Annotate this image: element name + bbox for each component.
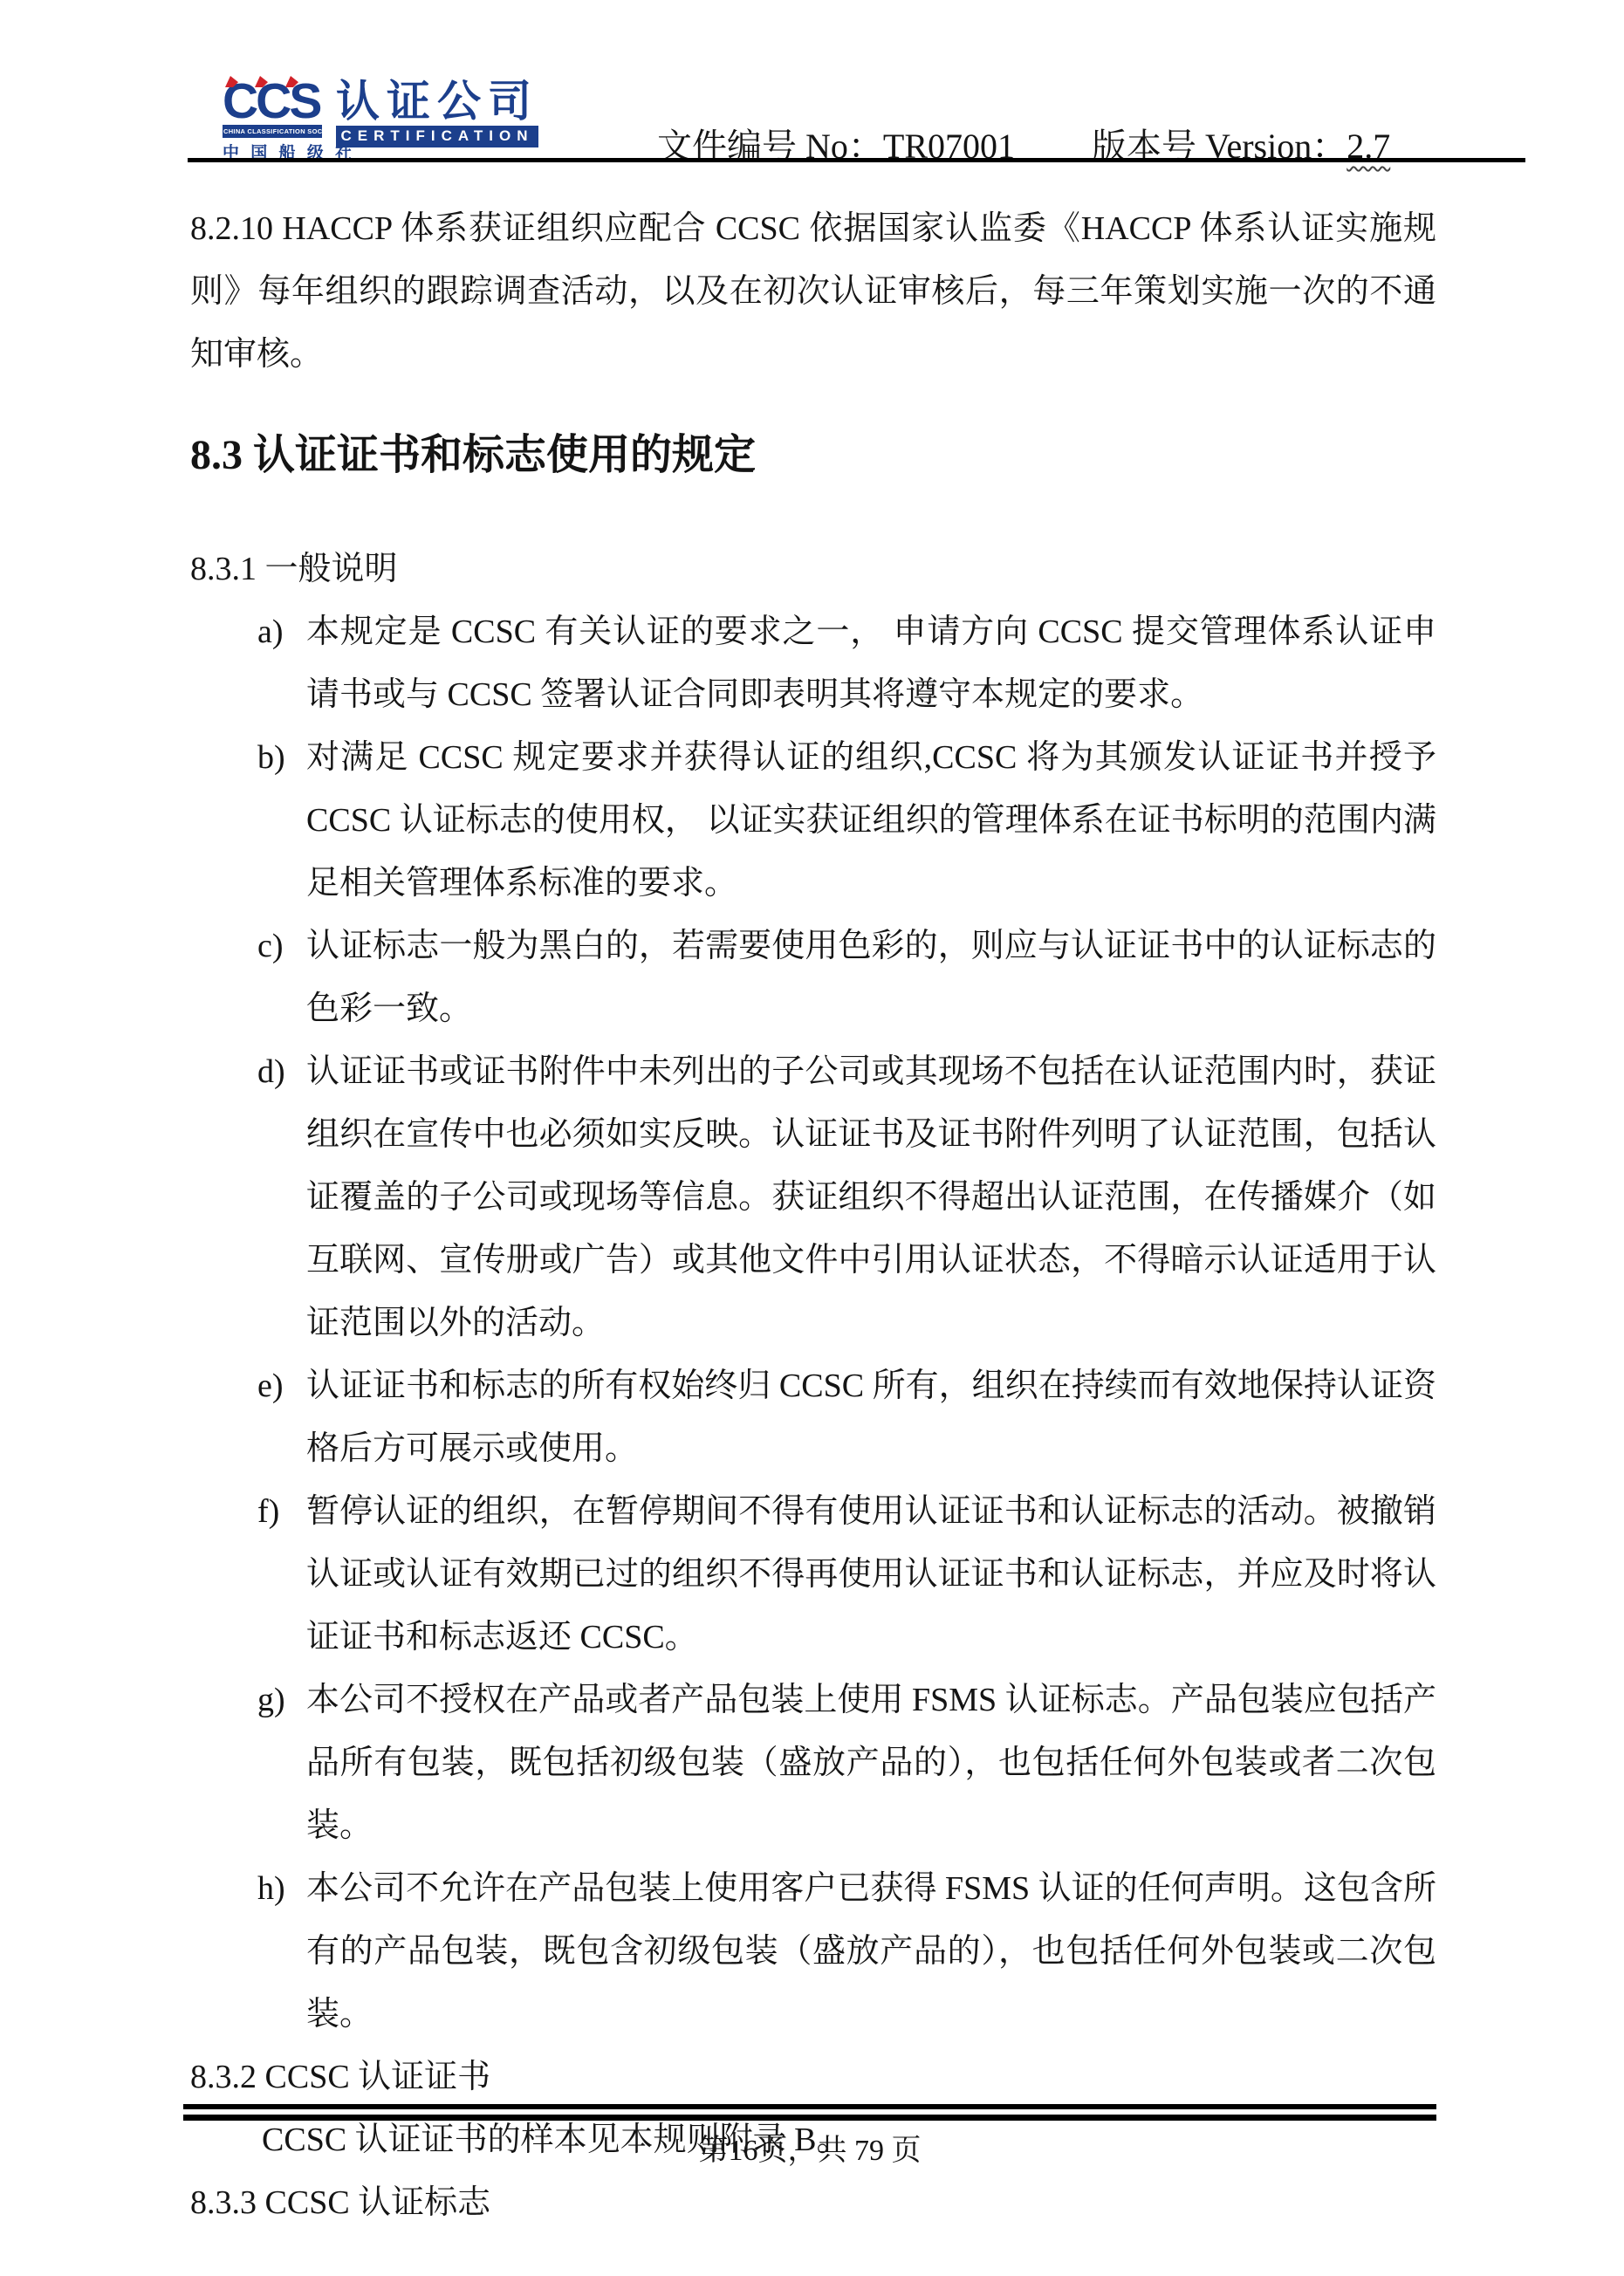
document-body: 8.2.10 HACCP 体系获证组织应配合 CCSC 依据国家认监委《HACC…	[190, 197, 1436, 2234]
list-item-text: 对满足 CCSC 规定要求并获得认证的组织,CCSC 将为其颁发认证证书并授予 …	[306, 726, 1436, 915]
list-item: f) 暂停认证的组织，在暂停期间不得有使用认证证书和认证标志的活动。被撤销认证或…	[257, 1480, 1436, 1669]
page-number: 第16页，共 79 页	[183, 2127, 1436, 2176]
list-item-text: 认证证书或证书附件中未列出的子公司或其现场不包括在认证范围内时，获证组织在宣传中…	[306, 1040, 1436, 1354]
clause-list: a) 本规定是 CCSC 有关认证的要求之一， 申请方向 CCSC 提交管理体系…	[257, 600, 1436, 2046]
footer-divider-top	[183, 2104, 1436, 2109]
list-item-marker: d)	[257, 1040, 306, 1354]
list-item: b) 对满足 CCSC 规定要求并获得认证的组织,CCSC 将为其颁发认证证书并…	[257, 726, 1436, 915]
ccs-wordmark: CCS	[223, 82, 322, 120]
list-item-marker: f)	[257, 1480, 306, 1669]
footer-divider-bottom	[183, 2115, 1436, 2121]
list-item-text: 认证标志一般为黑白的，若需要使用色彩的，则应与认证证书中的认证标志的色彩一致。	[306, 915, 1436, 1040]
list-item-text: 暂停认证的组织，在暂停期间不得有使用认证证书和认证标志的活动。被撤销认证或认证有…	[306, 1480, 1436, 1669]
header-divider	[188, 158, 1525, 162]
list-item-marker: c)	[257, 915, 306, 1040]
list-item: h) 本公司不允许在产品包装上使用客户已获得 FSMS 认证的任何声明。这包含所…	[257, 1857, 1436, 2046]
ccs-logo-left: CCS CHINA CLASSIFICATION SOCIETY 中 国 船 级…	[223, 82, 322, 163]
list-item-marker: b)	[257, 726, 306, 915]
paragraph-8-2-10: 8.2.10 HACCP 体系获证组织应配合 CCSC 依据国家认监委《HACC…	[190, 197, 1436, 386]
document-page: CCS CHINA CLASSIFICATION SOCIETY 中 国 船 级…	[0, 0, 1624, 2276]
list-item-marker: e)	[257, 1354, 306, 1480]
list-item-text: 本公司不允许在产品包装上使用客户已获得 FSMS 认证的任何声明。这包含所有的产…	[306, 1857, 1436, 2046]
company-name-cn: 认证公司	[336, 82, 538, 120]
subsection-heading-8-3-1: 8.3.1 一般说明	[190, 538, 1436, 600]
subsection-heading-8-3-2: 8.3.2 CCSC 认证证书	[190, 2046, 1436, 2108]
list-item: e) 认证证书和标志的所有权始终归 CCSC 所有，组织在持续而有效地保持认证资…	[257, 1354, 1436, 1480]
list-item-text: 本规定是 CCSC 有关认证的要求之一， 申请方向 CCSC 提交管理体系认证申…	[306, 600, 1436, 726]
list-item-marker: g)	[257, 1669, 306, 1857]
list-item-text: 认证证书和标志的所有权始终归 CCSC 所有，组织在持续而有效地保持认证资格后方…	[306, 1354, 1436, 1480]
list-item-marker: h)	[257, 1857, 306, 2046]
ccs-logo: CCS CHINA CLASSIFICATION SOCIETY 中 国 船 级…	[223, 82, 538, 163]
list-item-marker: a)	[257, 600, 306, 726]
subsection-heading-8-3-3: 8.3.3 CCSC 认证标志	[190, 2171, 1436, 2234]
list-item: g) 本公司不授权在产品或者产品包装上使用 FSMS 认证标志。产品包装应包括产…	[257, 1669, 1436, 1857]
list-item-text: 本公司不授权在产品或者产品包装上使用 FSMS 认证标志。产品包装应包括产品所有…	[306, 1669, 1436, 1857]
certification-banner: CERTIFICATION	[336, 126, 538, 147]
list-item: d) 认证证书或证书附件中未列出的子公司或其现场不包括在认证范围内时，获证组织在…	[257, 1040, 1436, 1354]
list-item: a) 本规定是 CCSC 有关认证的要求之一， 申请方向 CCSC 提交管理体系…	[257, 600, 1436, 726]
list-item: c) 认证标志一般为黑白的，若需要使用色彩的，则应与认证证书中的认证标志的色彩一…	[257, 915, 1436, 1040]
ccs-logo-right: 认证公司 CERTIFICATION	[336, 82, 538, 163]
section-heading-8-3: 8.3 认证证书和标志使用的规定	[190, 419, 1436, 492]
